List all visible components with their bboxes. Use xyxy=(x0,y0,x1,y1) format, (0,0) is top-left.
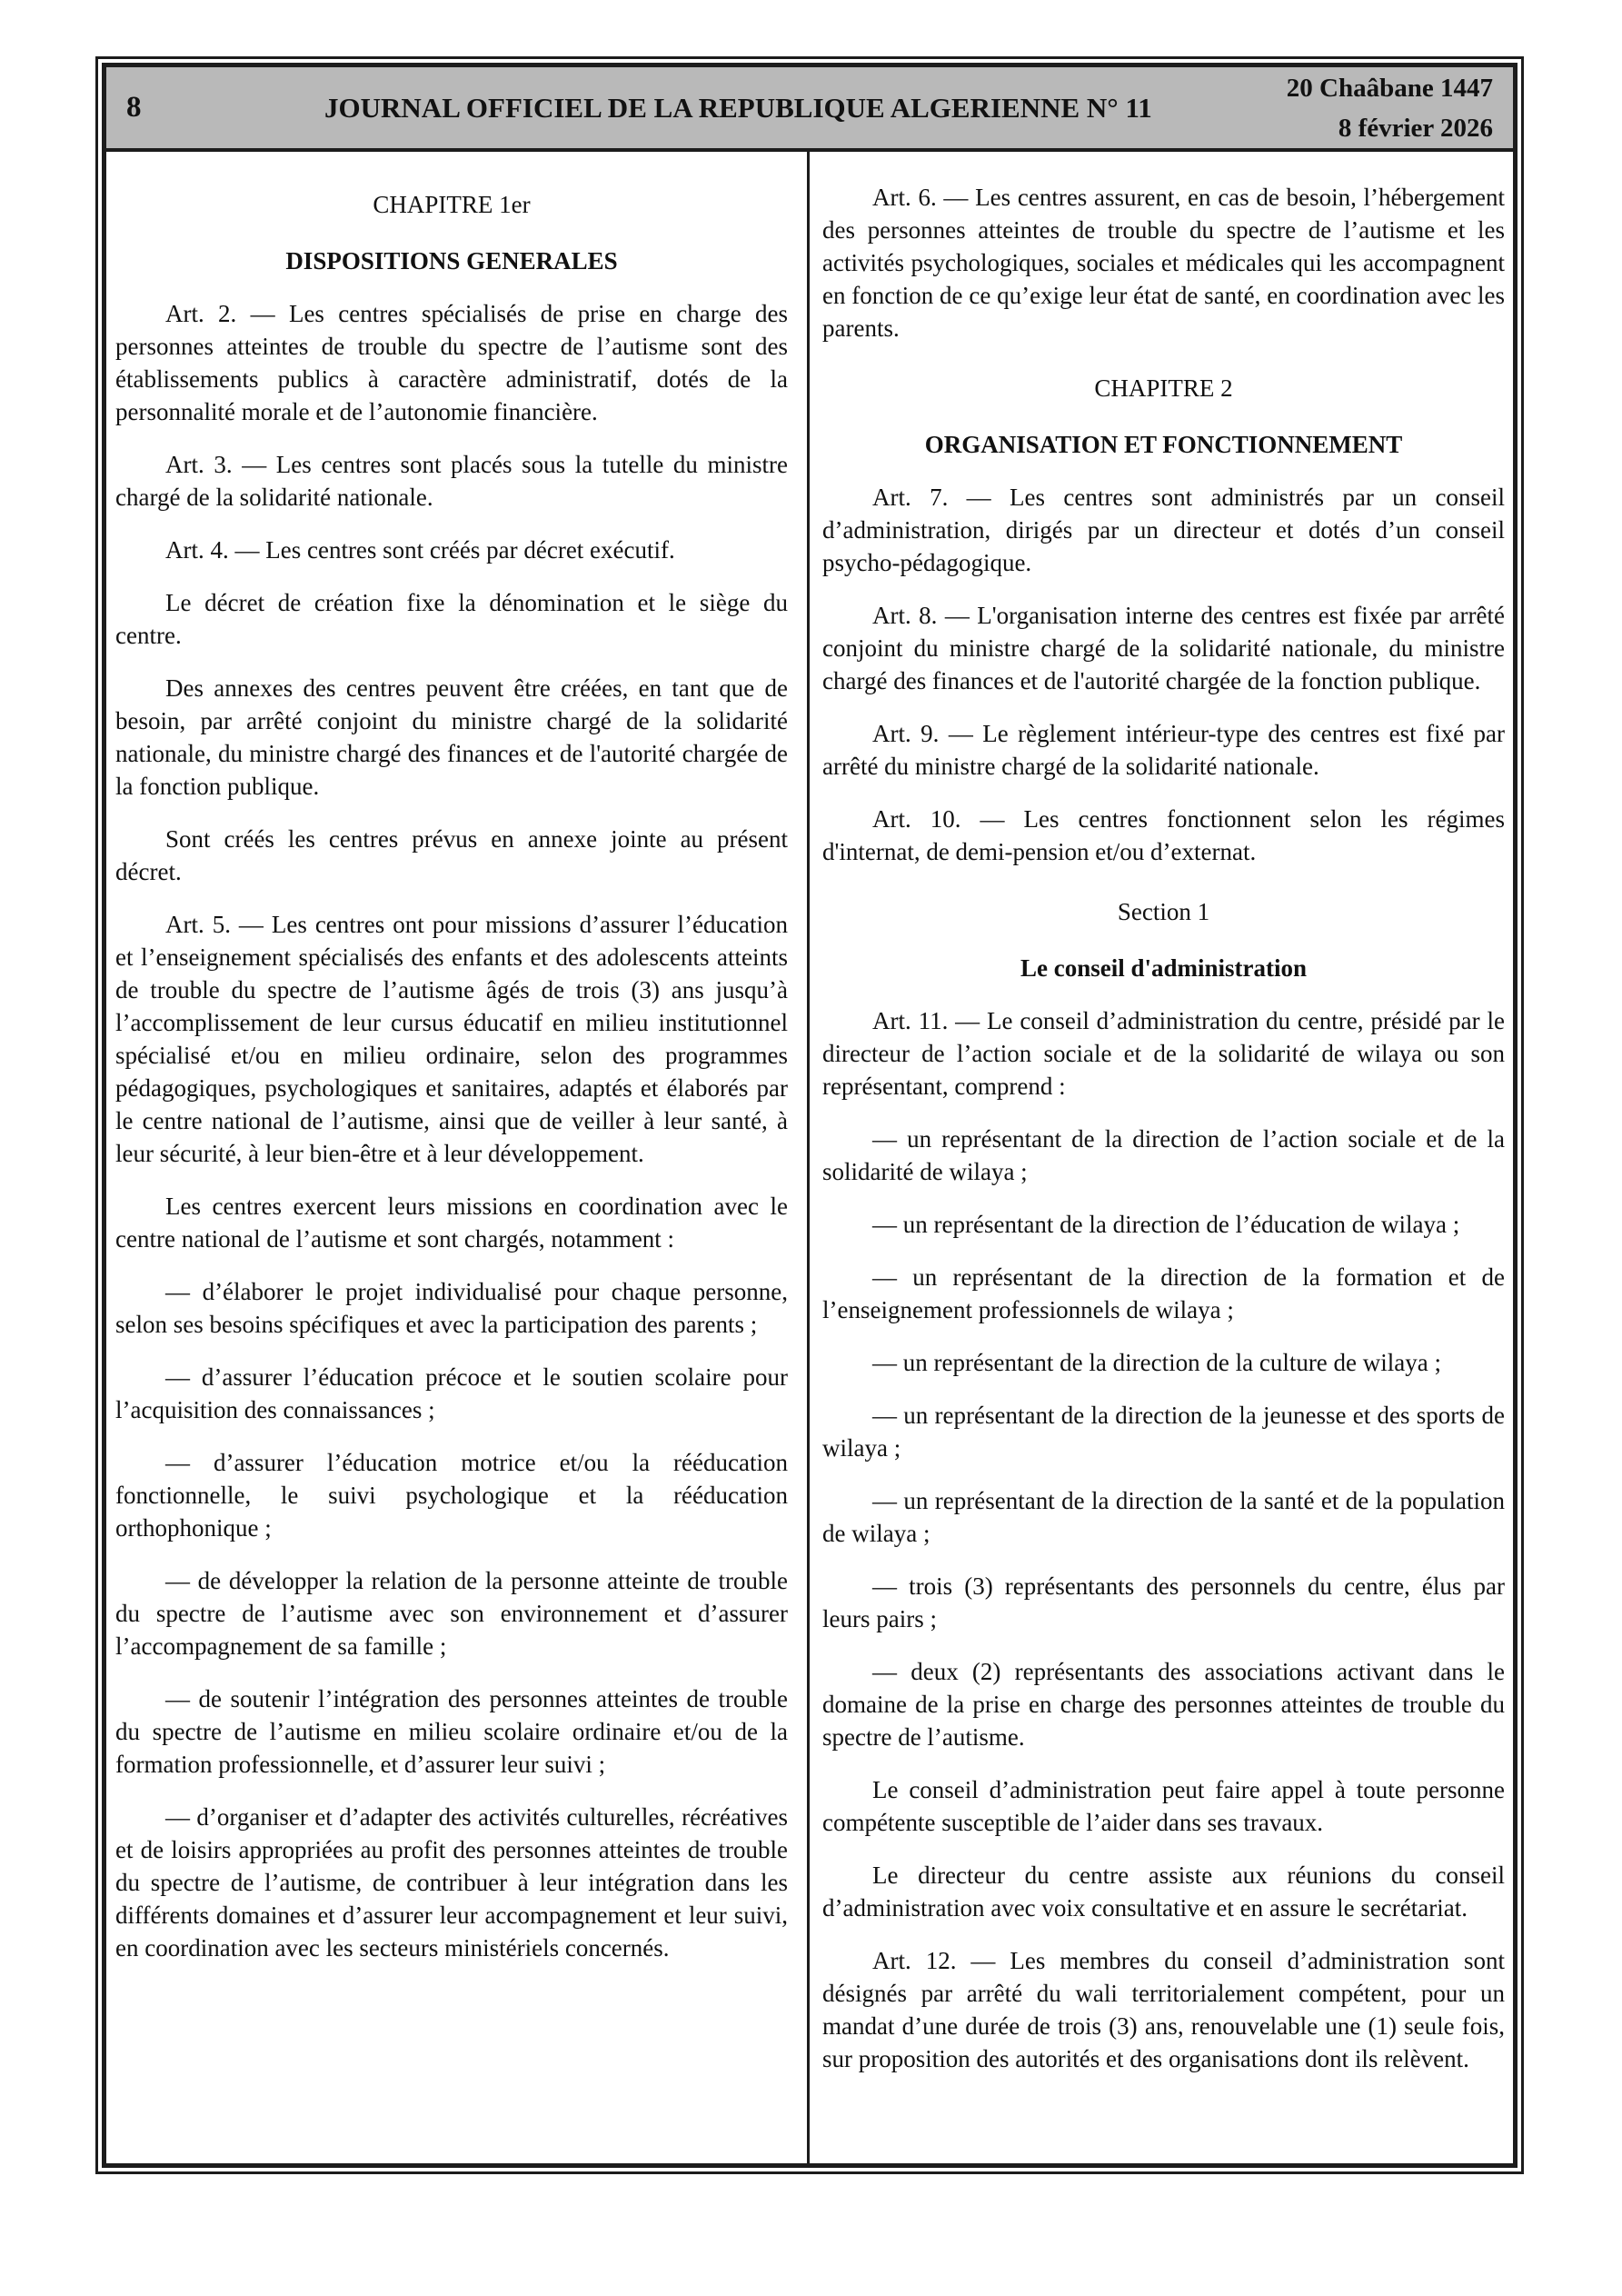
right-column: Art. 6. — Les centres assurent, en cas d… xyxy=(810,152,1513,2163)
chapter-heading: CHAPITRE 1er xyxy=(115,188,788,221)
page-frame-inner: 8 JOURNAL OFFICIEL DE LA REPUBLIQUE ALGE… xyxy=(102,63,1518,2168)
list-item: — d’assurer l’éducation motrice et/ou la… xyxy=(115,1446,788,1544)
list-item: — d’élaborer le projet individualisé pou… xyxy=(115,1275,788,1341)
paragraph: Les centres exercent leurs missions en c… xyxy=(115,1190,788,1255)
list-item: — deux (2) représentants des association… xyxy=(822,1655,1505,1753)
article-4: Art. 4. — Les centres sont créés par déc… xyxy=(115,534,788,566)
issue-date: 20 Chaâbane 1447 8 février 2026 xyxy=(1287,68,1493,148)
masthead: 8 JOURNAL OFFICIEL DE LA REPUBLIQUE ALGE… xyxy=(106,67,1513,152)
list-item: — un représentant de la direction de l’é… xyxy=(822,1208,1505,1241)
article-6: Art. 6. — Les centres assurent, en cas d… xyxy=(822,181,1505,344)
list-item: — d’assurer l’éducation précoce et le so… xyxy=(115,1361,788,1426)
paragraph: Sont créés les centres prévus en annexe … xyxy=(115,823,788,888)
paragraph: Le conseil d’administration peut faire a… xyxy=(822,1773,1505,1839)
article-11: Art. 11. — Le conseil d’administration d… xyxy=(822,1004,1505,1103)
article-8: Art. 8. — L'organisation interne des cen… xyxy=(822,599,1505,697)
issue-date-hijri: 20 Chaâbane 1447 xyxy=(1287,68,1493,108)
page-frame: 8 JOURNAL OFFICIEL DE LA REPUBLIQUE ALGE… xyxy=(95,56,1524,2174)
article-5: Art. 5. — Les centres ont pour missions … xyxy=(115,908,788,1170)
article-2: Art. 2. — Les centres spécialisés de pri… xyxy=(115,297,788,428)
list-item: — un représentant de la direction de l’a… xyxy=(822,1123,1505,1188)
chapter-title: DISPOSITIONS GENERALES xyxy=(115,245,788,277)
paragraph: Des annexes des centres peuvent être cré… xyxy=(115,672,788,803)
list-item: — un représentant de la direction de la … xyxy=(822,1399,1505,1464)
section-title: Le conseil d'administration xyxy=(822,952,1505,984)
list-item: — d’organiser et d’adapter des activités… xyxy=(115,1801,788,1964)
list-item: — de développer la relation de la person… xyxy=(115,1564,788,1662)
chapter-heading: CHAPITRE 2 xyxy=(822,372,1505,404)
article-12: Art. 12. — Les membres du conseil d’admi… xyxy=(822,1944,1505,2075)
list-item: — un représentant de la direction de la … xyxy=(822,1261,1505,1326)
list-item: — de soutenir l’intégration des personne… xyxy=(115,1682,788,1781)
article-10: Art. 10. — Les centres fonctionnent selo… xyxy=(822,803,1505,868)
article-7: Art. 7. — Les centres sont administrés p… xyxy=(822,481,1505,579)
paragraph: Le directeur du centre assiste aux réuni… xyxy=(822,1859,1505,1924)
issue-date-gregorian: 8 février 2026 xyxy=(1287,108,1493,148)
article-9: Art. 9. — Le règlement intérieur-type de… xyxy=(822,717,1505,783)
chapter-title: ORGANISATION ET FONCTIONNEMENT xyxy=(822,428,1505,461)
journal-title: JOURNAL OFFICIEL DE LA REPUBLIQUE ALGERI… xyxy=(190,92,1287,125)
page-number: 8 xyxy=(126,91,190,125)
section-heading: Section 1 xyxy=(822,895,1505,928)
text-columns: CHAPITRE 1erDISPOSITIONS GENERALESArt. 2… xyxy=(106,152,1513,2163)
list-item: — trois (3) représentants des personnels… xyxy=(822,1570,1505,1635)
list-item: — un représentant de la direction de la … xyxy=(822,1484,1505,1550)
left-column: CHAPITRE 1erDISPOSITIONS GENERALESArt. 2… xyxy=(106,152,810,2163)
article-3: Art. 3. — Les centres sont placés sous l… xyxy=(115,448,788,514)
list-item: — un représentant de la direction de la … xyxy=(822,1346,1505,1379)
paragraph: Le décret de création fixe la dénominati… xyxy=(115,586,788,652)
